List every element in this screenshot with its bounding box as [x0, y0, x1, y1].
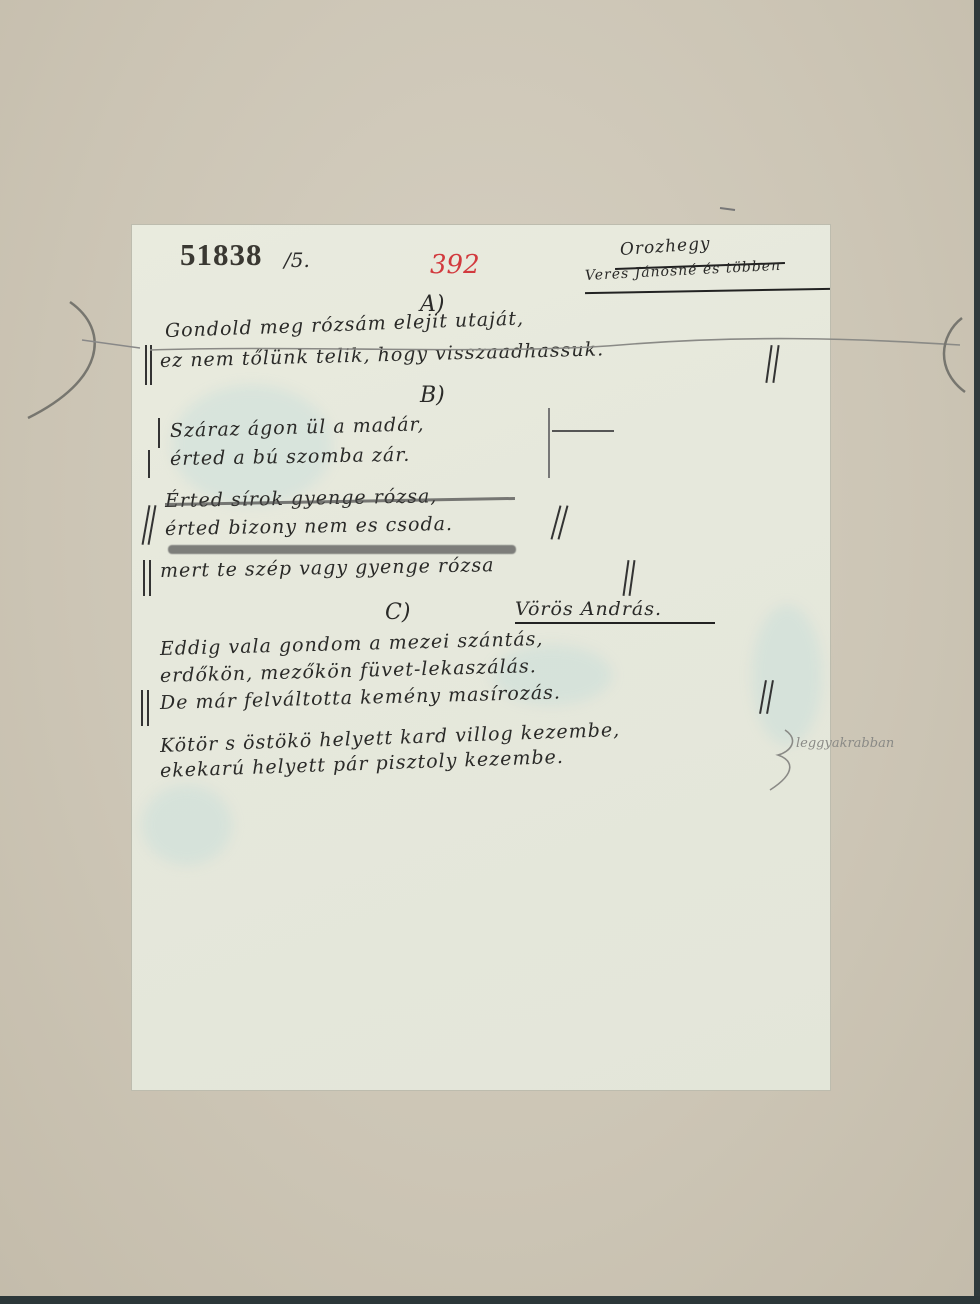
pencil-guide-line — [150, 339, 960, 350]
pencil-brace — [770, 730, 793, 790]
pencil-bracket-left — [28, 302, 95, 418]
pencil-annotations — [0, 0, 980, 1304]
pencil-bracket-right — [944, 318, 965, 392]
